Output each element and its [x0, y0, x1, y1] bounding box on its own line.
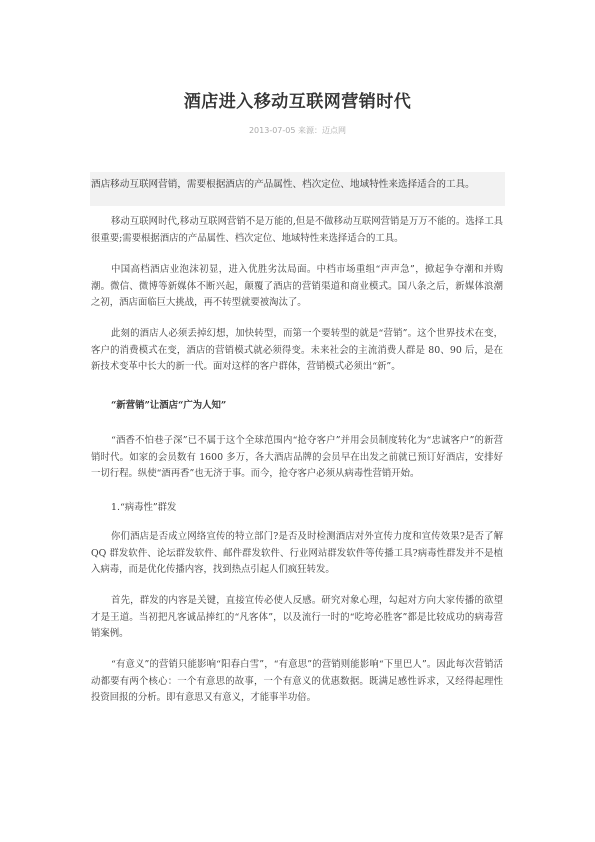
summary-box: 酒店移动互联网营销，需要根据酒店的产品属性、档次定位、地域特性来选择适合的工具。	[90, 172, 505, 206]
section-heading: “新营销”让酒店“广为人知”	[111, 397, 226, 411]
document-page: 酒店进入移动互联网营销时代 2013-07-05 来源：迈点网 酒店移动互联网营…	[0, 0, 595, 842]
summary-text: 酒店移动互联网营销，需要根据酒店的产品属性、档次定位、地域特性来选择适合的工具。	[90, 172, 505, 192]
paragraph-3: 此刻的酒店人必须丢掉幻想，加快转型，而第一个要转型的就是“营销”。这个世界技术在…	[91, 326, 503, 376]
subheading-viral: 1.“病毒性”群发	[111, 499, 176, 513]
publish-date: 2013-07-05	[249, 126, 296, 135]
paragraph-7: “有意义”的营销只能影响“阳春白雪”，“有意思”的营销则能影响“下里巴人”。因此…	[91, 657, 503, 707]
article-title: 酒店进入移动互联网营销时代	[0, 87, 595, 112]
paragraph-2: 中国高档酒店业泡沫初显，进入优胜劣汰局面。中档市场重组“声声急”，掀起争夺潮和并…	[91, 262, 503, 312]
paragraph-5: 你们酒店是否成立网络宣传的特立部门?是否及时检测酒店对外宣传力度和宣传效果?是否…	[91, 529, 503, 579]
source-name: 迈点网	[322, 126, 346, 135]
paragraph-6: 首先，群发的内容是关键，直接宣传必使人反感。研究对象心理，勾起对方向大家传播的欲…	[91, 593, 503, 643]
paragraph-4: “酒香不怕巷子深”已不属于这个全球范围内“抢夺客户”并用会员制度转化为“忠诚客户…	[91, 433, 503, 483]
paragraph-1: 移动互联网时代,移动互联网营销不是万能的,但是不做移动互联网营销是万万不能的。选…	[91, 214, 503, 247]
source-label: 来源：	[298, 126, 322, 135]
article-meta: 2013-07-05 来源：迈点网	[0, 125, 595, 136]
